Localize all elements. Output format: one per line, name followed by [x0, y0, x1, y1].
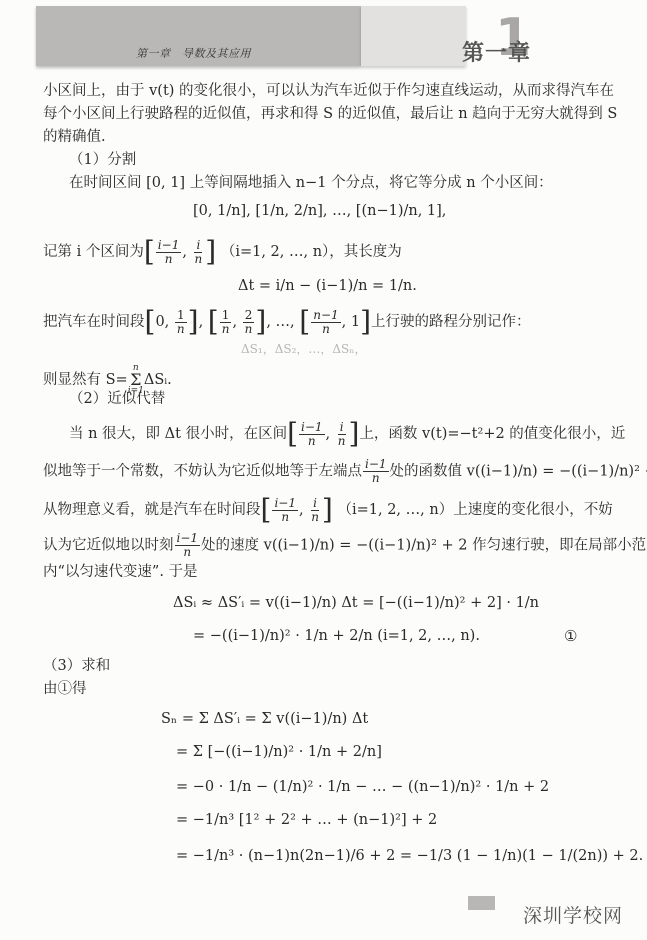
- step2-line-1a: 当 n 很大，即 Δt 很小时，在区间: [69, 426, 287, 442]
- step3-from: 由①得: [43, 678, 87, 701]
- intro-line-1: 小区间上，由于 v(t) 的变化很小，可以认为汽车近似于作匀速直线运动，从而求得…: [43, 80, 614, 103]
- sum-line-2: = Σ [−((i−1)/n)² · 1/n + 2/n]: [176, 741, 382, 764]
- step1-intervals: [0, 1/n], [1/n, 2/n], …, [(n−1)/n, 1],: [193, 200, 446, 223]
- equation-1-line-1: ΔSᵢ ≈ ΔS′ᵢ = v((i−1)/n) Δt = [−((i−1)/n)…: [173, 592, 539, 615]
- step1-ith-suffix: （i=1, 2, …, n），其长度为: [221, 244, 402, 260]
- chapter-tab: [361, 6, 466, 66]
- step2-line-3a: 从物理意义看，就是汽车在时间段: [43, 502, 261, 518]
- footer-page-tab: [468, 896, 495, 910]
- sum-suffix: ΔSᵢ.: [144, 372, 172, 388]
- step2-line-1: 当 n 很大，即 Δt 很小时，在区间[i−1n, in]上，函数 v(t)=−…: [69, 420, 625, 448]
- step2-heading: （2）近似代替: [69, 388, 165, 411]
- delta-t-equation: Δt = i/n − (i−1)/n = 1/n.: [238, 275, 417, 298]
- step2-line-3b: （i=1, 2, …, n）上速度的变化很小，不妨: [337, 502, 612, 518]
- step1-path-line: 把汽车在时间段[0, 1n], [1n, 2n], …, [n−1n, 1]上行…: [43, 308, 531, 336]
- sum-prefix: 则显然有 S=: [43, 372, 128, 388]
- delta-s-list: ΔS₁，ΔS₂，…，ΔSₙ，: [241, 338, 366, 361]
- sum-line-5: = −1/n³ · (n−1)n(2n−1)/6 + 2 = −1/3 (1 −…: [176, 845, 643, 868]
- equation-1-tag: ①: [564, 625, 577, 648]
- step2-line-2a: 似地等于一个常数，不妨认为它近似地等于左端点: [43, 464, 362, 480]
- running-title: 第一章 导数及其应用: [136, 45, 251, 61]
- equation-1-line-2: = −((i−1)/n)² · 1/n + 2/n (i=1, 2, …, n)…: [193, 625, 480, 648]
- step2-line-4b: 处的速度 v((i−1)/n) = −((i−1)/n)² + 2 作匀速行驶，…: [201, 538, 647, 554]
- step1-path-suffix: 上行驶的路程分别记作：: [371, 314, 531, 330]
- step2-line-5: 内“以匀速代变速”. 于是: [43, 561, 198, 584]
- sum-line-1: Sₙ = Σ ΔS′ᵢ = Σ v((i−1)/n) Δt: [161, 708, 368, 731]
- step3-heading: （3）求和: [43, 655, 110, 678]
- sum-line-3: = −0 · 1/n − (1/n)² · 1/n − … − ((n−1)/n…: [176, 776, 549, 799]
- step1-path-prefix: 把汽车在时间段: [43, 314, 145, 330]
- step1-text: 在时间区间 [0, 1] 上等间隔地插入 n−1 个分点，将它等分成 n 个小区…: [69, 172, 553, 195]
- step1-ith-prefix: 记第 i 个区间为: [43, 244, 144, 260]
- intro-line-2: 每个小区间上行驶路程的近似值，再求和得 S 的近似值，最后让 n 趋向于无穷大就…: [43, 103, 617, 126]
- intro-line-3: 的精确值.: [43, 126, 106, 149]
- step1-ith-interval: 记第 i 个区间为[i−1n, in] （i=1, 2, …, n），其长度为: [43, 238, 402, 266]
- step1-heading: （1）分割: [69, 149, 136, 172]
- step2-line-4: 认为它近似地以时刻i−1n处的速度 v((i−1)/n) = −((i−1)/n…: [43, 532, 647, 559]
- step2-line-4a: 认为它近似地以时刻: [43, 538, 174, 554]
- step2-line-2: 似地等于一个常数，不妨认为它近似地等于左端点i−1n处的函数值 v((i−1)/…: [43, 458, 647, 485]
- step2-line-3: 从物理意义看，就是汽车在时间段[i−1n, in] （i=1, 2, …, n）…: [43, 496, 613, 524]
- chapter-label: 第一章: [462, 36, 531, 67]
- sum-line-4: = −1/n³ [1² + 2² + … + (n−1)²] + 2: [176, 809, 437, 832]
- step2-line-2b: 处的函数值 v((i−1)/n) = −((i−1)/n)² + 2.: [390, 464, 647, 480]
- step2-line-1b: 上，函数 v(t)=−t²+2 的值变化很小，近: [359, 426, 625, 442]
- footer-watermark: 深圳学校网: [523, 901, 623, 928]
